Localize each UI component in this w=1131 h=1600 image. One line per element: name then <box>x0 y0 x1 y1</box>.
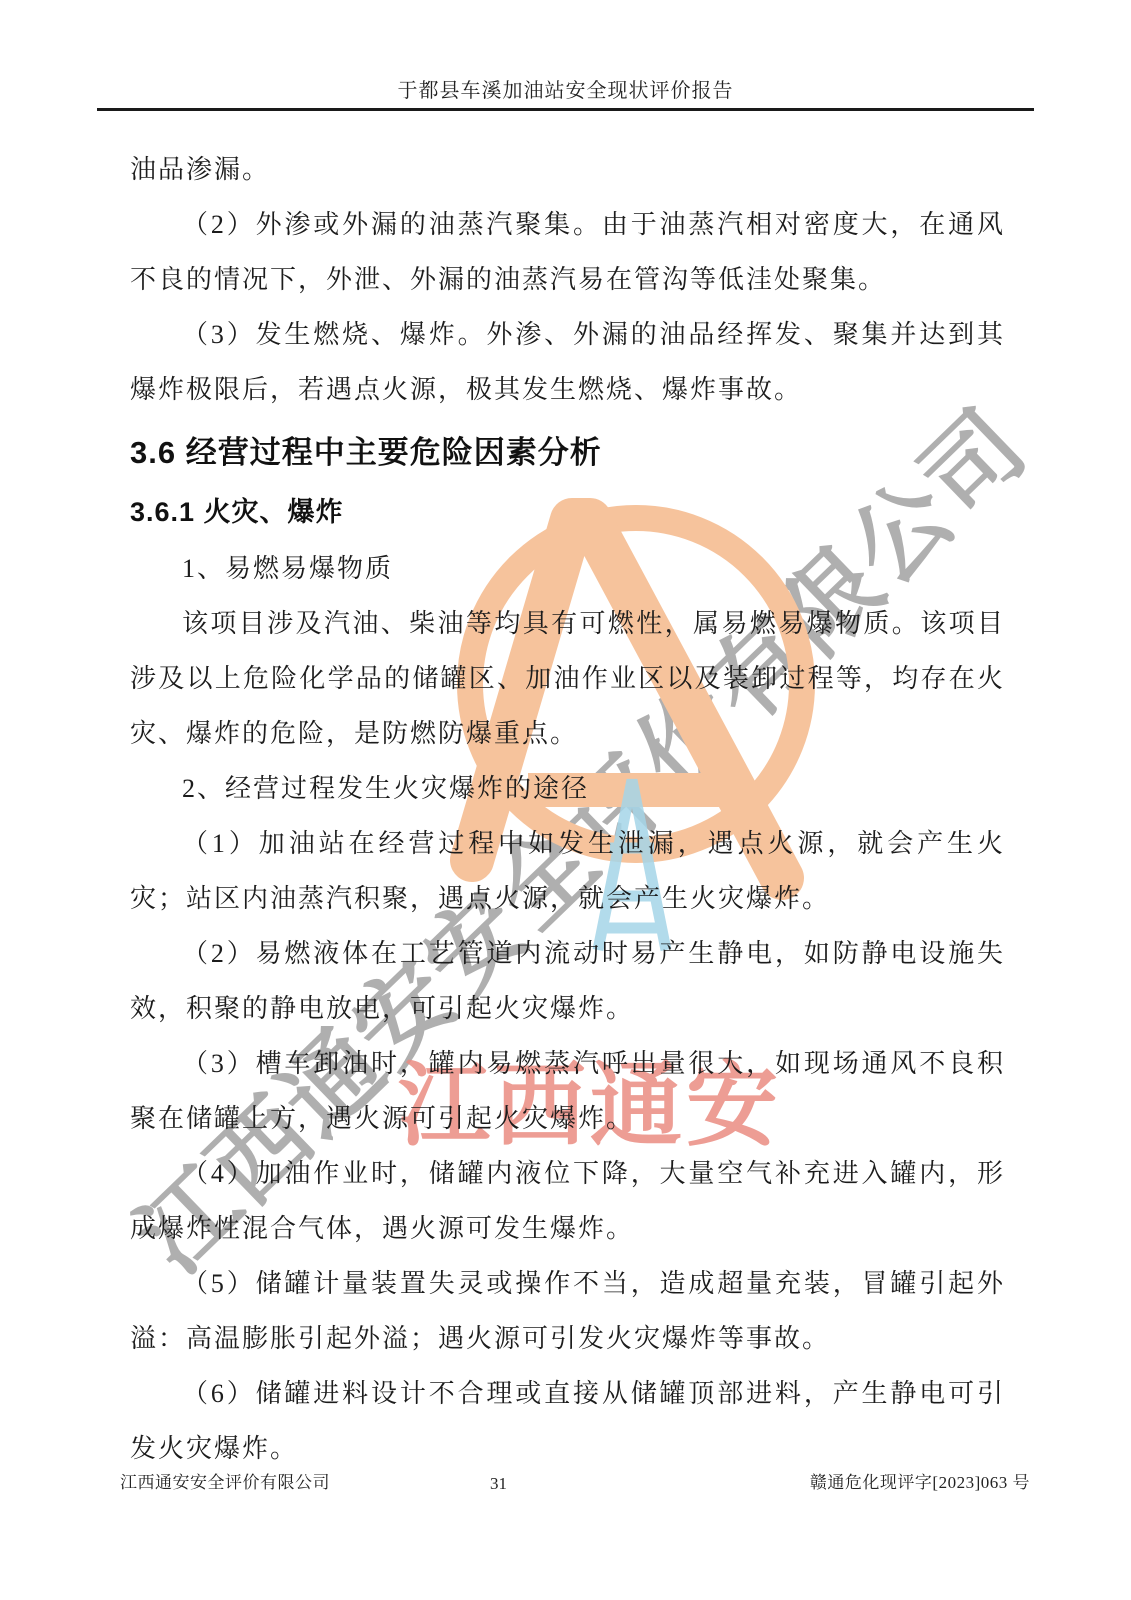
subsection-heading: 3.6.1 火灾、爆炸 <box>130 483 1005 541</box>
page-header: 于都县车溪加油站安全现状评价报告 <box>0 74 1131 103</box>
footer-doc-number: 赣通危化现评字[2023]063 号 <box>810 1468 1030 1493</box>
paragraph: （1）加油站在经营过程中如发生泄漏，遇点火源，就会产生火灾；站区内油蒸汽积聚，遇… <box>130 816 1005 926</box>
paragraph: 2、经营过程发生火灾爆炸的途径 <box>130 761 1005 816</box>
section-heading: 3.6 经营过程中主要危险因素分析 <box>130 423 1005 483</box>
document-body: 油品渗漏。 （2）外渗或外漏的油蒸汽聚集。由于油蒸汽相对密度大，在通风不良的情况… <box>130 142 1005 1476</box>
paragraph: （5）储罐计量装置失灵或操作不当，造成超量充装，冒罐引起外溢：高温膨胀引起外溢；… <box>130 1256 1005 1366</box>
paragraph: （3）槽车卸油时，罐内易燃蒸汽呼出量很大，如现场通风不良积聚在储罐上方，遇火源可… <box>130 1036 1005 1146</box>
paragraph: 该项目涉及汽油、柴油等均具有可燃性，属易燃易爆物质。该项目涉及以上危险化学品的储… <box>130 596 1005 761</box>
paragraph: （4）加油作业时，储罐内液位下降，大量空气补充进入罐内，形成爆炸性混合气体，遇火… <box>130 1146 1005 1256</box>
paragraph: （2）易燃液体在工艺管道内流动时易产生静电，如防静电设施失效，积聚的静电放电，可… <box>130 926 1005 1036</box>
header-title: 于都县车溪加油站安全现状评价报告 <box>0 74 1131 103</box>
document-page: 江西通安安全评价有限公司 江西通安 于都县车溪加油站安全现状评价报告 油品渗漏。… <box>0 0 1131 1600</box>
header-rule <box>97 108 1034 111</box>
footer-page-number: 31 <box>490 1474 507 1494</box>
footer-company: 江西通安安全评价有限公司 <box>120 1468 330 1493</box>
paragraph: 1、易燃易爆物质 <box>130 541 1005 596</box>
paragraph: （6）储罐进料设计不合理或直接从储罐顶部进料，产生静电可引发火灾爆炸。 <box>130 1366 1005 1476</box>
paragraph: （3）发生燃烧、爆炸。外渗、外漏的油品经挥发、聚集并达到其爆炸极限后，若遇点火源… <box>130 307 1005 417</box>
paragraph: 油品渗漏。 <box>130 142 1005 197</box>
paragraph: （2）外渗或外漏的油蒸汽聚集。由于油蒸汽相对密度大，在通风不良的情况下，外泄、外… <box>130 197 1005 307</box>
page-footer: 江西通安安全评价有限公司 31 赣通危化现评字[2023]063 号 <box>0 1464 1131 1500</box>
